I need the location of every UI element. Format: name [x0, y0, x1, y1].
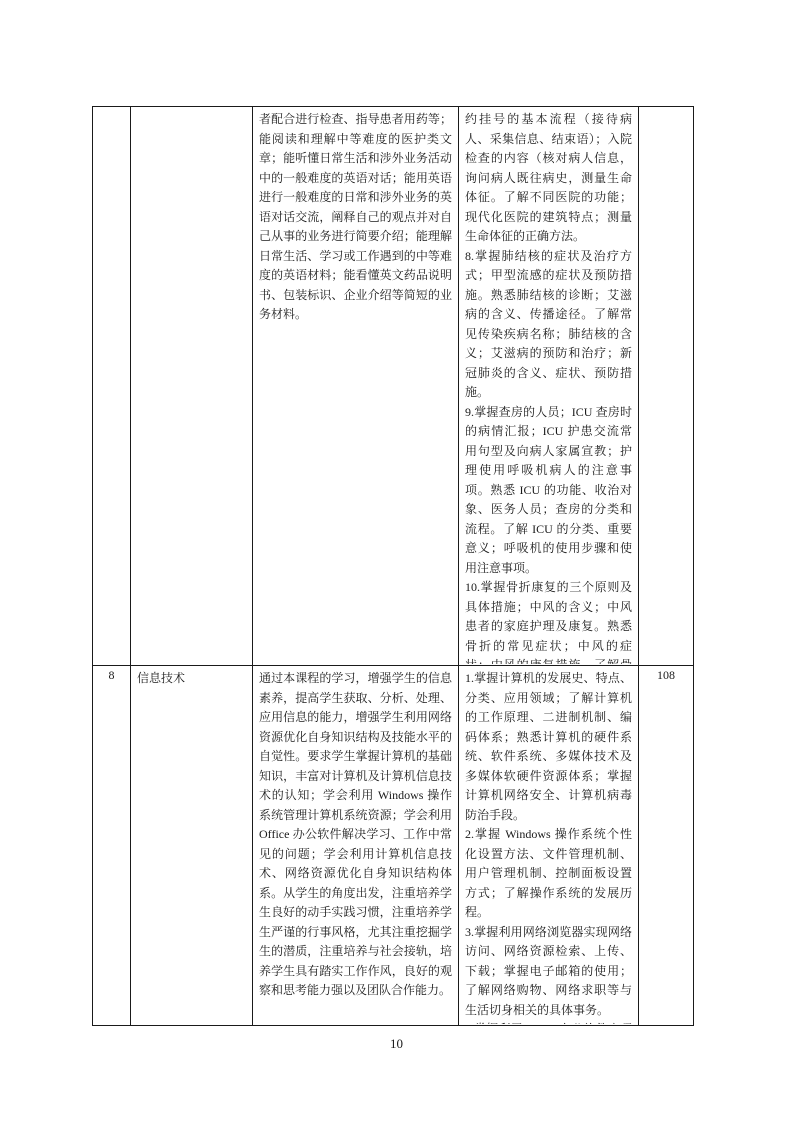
objective-paragraph: 者配合进行检查、指导患者用药等；能阅读和理解中等难度的医护类文章；能听懂日常生活… [259, 110, 452, 325]
course-hours-cell: 108 [639, 666, 694, 1026]
requirement-paragraph: 3.掌握利用网络浏览器实现网络访问、网络资源检索、上传、下载；掌握电子邮箱的使用… [465, 923, 632, 1021]
requirement-paragraph: 1.掌握计算机的发展史、特点、分类、应用领域；了解计算机的工作原理、二进制机制、… [465, 669, 632, 825]
course-requirements-cell: 约挂号的基本流程（接待病人、采集信息、结束语）；入院检查的内容（核对病人信息，询… [459, 107, 639, 666]
requirement-paragraph: 9.掌握查房的人员；ICU 查房时的病情汇报；ICU 护患交流常用句型及向病人家… [465, 403, 632, 579]
requirement-paragraph: 8.掌握肺结核的症状及治疗方式；甲型流感的症状及预防措施。熟悉肺结核的诊断；艾滋… [465, 247, 632, 403]
requirement-paragraph: 约挂号的基本流程（接待病人、采集信息、结束语）；入院检查的内容（核对病人信息，询… [465, 110, 632, 247]
table-row-english-continued: 者配合进行检查、指导患者用药等；能阅读和理解中等难度的医护类文章；能听懂日常生活… [93, 107, 694, 666]
course-objective-cell: 者配合进行检查、指导患者用药等；能阅读和理解中等难度的医护类文章；能听懂日常生活… [253, 107, 459, 666]
course-hours: 108 [657, 668, 675, 682]
course-objective-cell: 通过本课程的学习，增强学生的信息素养，提高学生获取、分析、处理、应用信息的能力，… [253, 666, 459, 1026]
requirement-paragraph: 4.掌握利用 Office 办公软件实现文字（数据）录入、排版、图 [465, 1020, 632, 1024]
requirement-paragraph: 2.掌握 Windows 操作系统个性化设置方法、文件管理机制、用户管理机制、控… [465, 825, 632, 923]
objective-paragraph: 通过本课程的学习，增强学生的信息素养，提高学生获取、分析、处理、应用信息的能力，… [259, 669, 452, 1001]
table-row-information-technology: 8 信息技术 通过本课程的学习，增强学生的信息素养，提高学生获取、分析、处理、应… [93, 666, 694, 1026]
requirement-paragraph: 10.掌握骨折康复的三个原则及具体措施；中风的含义；中风患者的家庭护理及康复。熟… [465, 578, 632, 664]
course-requirements-cell: 1.掌握计算机的发展史、特点、分类、应用领域；了解计算机的工作原理、二进制机制、… [459, 666, 639, 1026]
sequence-number-cell: 8 [93, 666, 131, 1026]
course-table: 者配合进行检查、指导患者用药等；能阅读和理解中等难度的医护类文章；能听懂日常生活… [92, 106, 694, 1026]
course-name: 信息技术 [137, 671, 185, 685]
sequence-number: 8 [109, 668, 115, 682]
course-hours-cell [639, 107, 694, 666]
sequence-number-cell [93, 107, 131, 666]
course-name-cell [131, 107, 253, 666]
document-page: 者配合进行检查、指导患者用药等；能阅读和理解中等难度的医护类文章；能听懂日常生活… [0, 0, 793, 1122]
course-name-cell: 信息技术 [131, 666, 253, 1026]
page-number: 10 [0, 1036, 793, 1052]
